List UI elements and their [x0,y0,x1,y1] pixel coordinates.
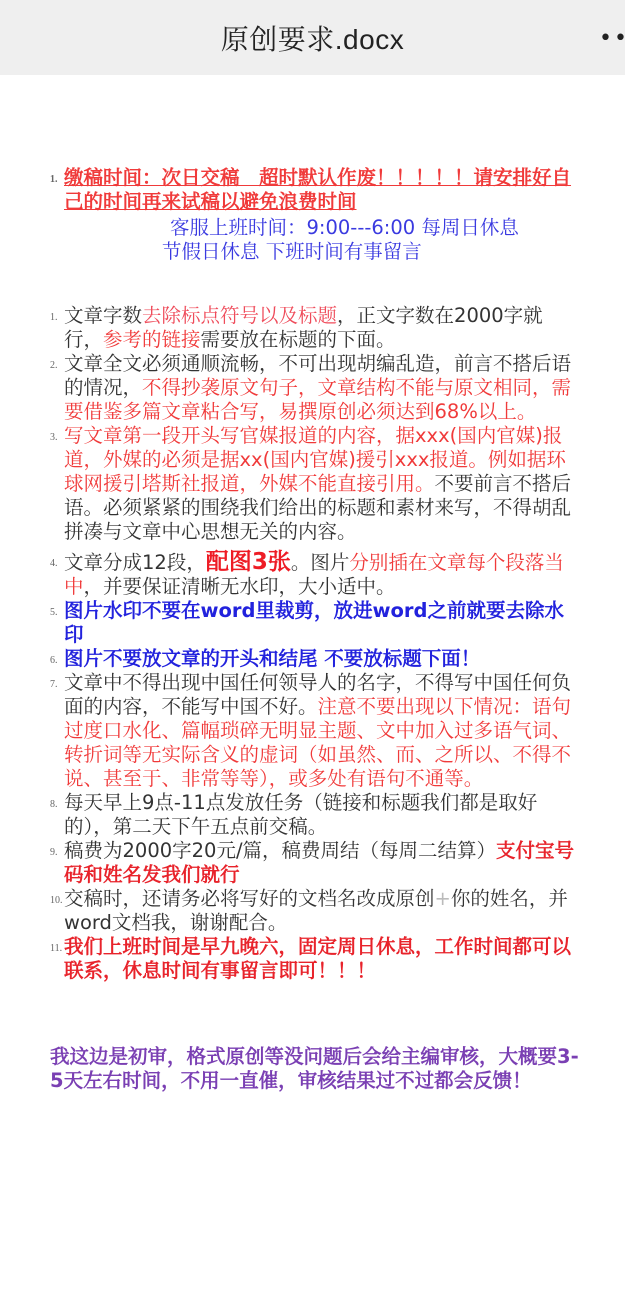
list-item-11: 11. 我们上班时间是早九晚六，固定周日休息，工作时间都可以联系，休息时间有事留… [50,935,580,983]
list-number: 5. [50,601,58,625]
text: 图片不要放文章的开头和结尾 不要放标题下面！ [64,647,480,670]
list-number: 3. [50,426,58,450]
service-hours-text: 客服上班时间：9:00---6:00 每周日休息 [170,216,519,239]
list-item-6: 6. 图片不要放文章的开头和结尾 不要放标题下面！ [50,647,580,671]
text: 。图片 [291,551,350,574]
list-number: 7. [50,673,58,697]
text: 文章分成12段， [64,551,206,574]
review-note-text: 我这边是初审，格式原创等没问题后会给主编审核，大概要3-5天左右时间，不用一直催… [50,1045,579,1092]
text: 交稿时，还请务必将写好的文档名改成原创 [64,887,435,910]
list-number: 4. [50,552,58,576]
list-number: 11. [50,937,62,961]
list-number: 10. [50,889,63,913]
list-number: 8. [50,793,58,817]
deadline-notice: 1. 缴稿时间：次日交稿 超时默认作废！！！！！请安排好自己的时间再来试稿以避免… [50,166,580,214]
text: ，并要保证清晰无水印，大小适中。 [84,575,396,598]
list-number: 1. [50,168,58,192]
holiday-text: 节假日休息 下班时间有事留言 [162,240,422,263]
list-number: 6. [50,649,58,673]
list-item-10: 10. 交稿时，还请务必将写好的文档名改成原创+你的姓名，并word文档我，谢谢… [50,887,580,935]
deadline-text: 缴稿时间：次日交稿 超时默认作废！！！！！请安排好自己的时间再来试稿以避免浪费时… [64,166,571,213]
footer-note: 我这边是初审，格式原创等没问题后会给主编审核，大概要3-5天左右时间，不用一直催… [50,1045,580,1093]
emphasis-text: 配图3张 [206,549,291,575]
list-number: 1. [50,306,58,330]
list-item-9: 9. 稿费为2000字20元/篇，稿费周结（每周二结算）支付宝号码和姓名发我们就… [50,839,580,887]
plus-sign: + [435,887,451,910]
service-hours-line-1: 客服上班时间：9:00---6:00 每周日休息 [50,216,580,240]
highlight-text: 去除标点符号以及标题 [142,304,337,327]
more-dots-icon[interactable]: •• [599,26,625,51]
list-item-2: 2. 文章全文必须通顺流畅，不可出现胡编乱造，前言不搭后语的情况，不得抄袭原文句… [50,352,580,424]
title-bar: 原创要求.docx •• [0,0,625,75]
list-item-8: 8. 每天早上9点-11点发放任务（链接和标题我们都是取好的），第二天下午五点前… [50,791,580,839]
list-item-3: 3. 写文章第一段开头写官媒报道的内容，据xxx(国内官媒)报道，外媒的必须是据… [50,424,580,544]
highlight-text: 参考的链接 [103,328,201,351]
service-hours-line-2: 节假日休息 下班时间有事留言 [50,240,580,264]
list-number: 2. [50,354,58,378]
list-item-7: 7. 文章中不得出现中国任何领导人的名字，不得写中国任何负面的内容，不能写中国不… [50,671,580,791]
text: 图片水印不要在word里裁剪，放进word之前就要去除水印 [64,599,564,646]
list-item-1: 1. 文章字数去除标点符号以及标题，正文字数在2000字就行，参考的链接需要放在… [50,304,580,352]
document-body: 1. 缴稿时间：次日交稿 超时默认作废！！！！！请安排好自己的时间再来试稿以避免… [50,166,580,1093]
list-item-5: 5. 图片水印不要在word里裁剪，放进word之前就要去除水印 [50,599,580,647]
text: 稿费为2000字20元/篇，稿费周结（每周二结算） [64,839,496,862]
text: 文章字数 [64,304,142,327]
text: 每天早上9点-11点发放任务（链接和标题我们都是取好的），第二天下午五点前交稿。 [64,791,537,838]
text: 我们上班时间是早九晚六，固定周日休息，工作时间都可以联系，休息时间有事留言即可！… [64,935,571,982]
text: 需要放在标题的下面。 [201,328,396,351]
list-number: 9. [50,841,58,865]
list-item-4: 4. 文章分成12段，配图3张。图片分别插在文章每个段落当中，并要保证清晰无水印… [50,550,580,599]
document-title: 原创要求.docx [221,18,404,58]
